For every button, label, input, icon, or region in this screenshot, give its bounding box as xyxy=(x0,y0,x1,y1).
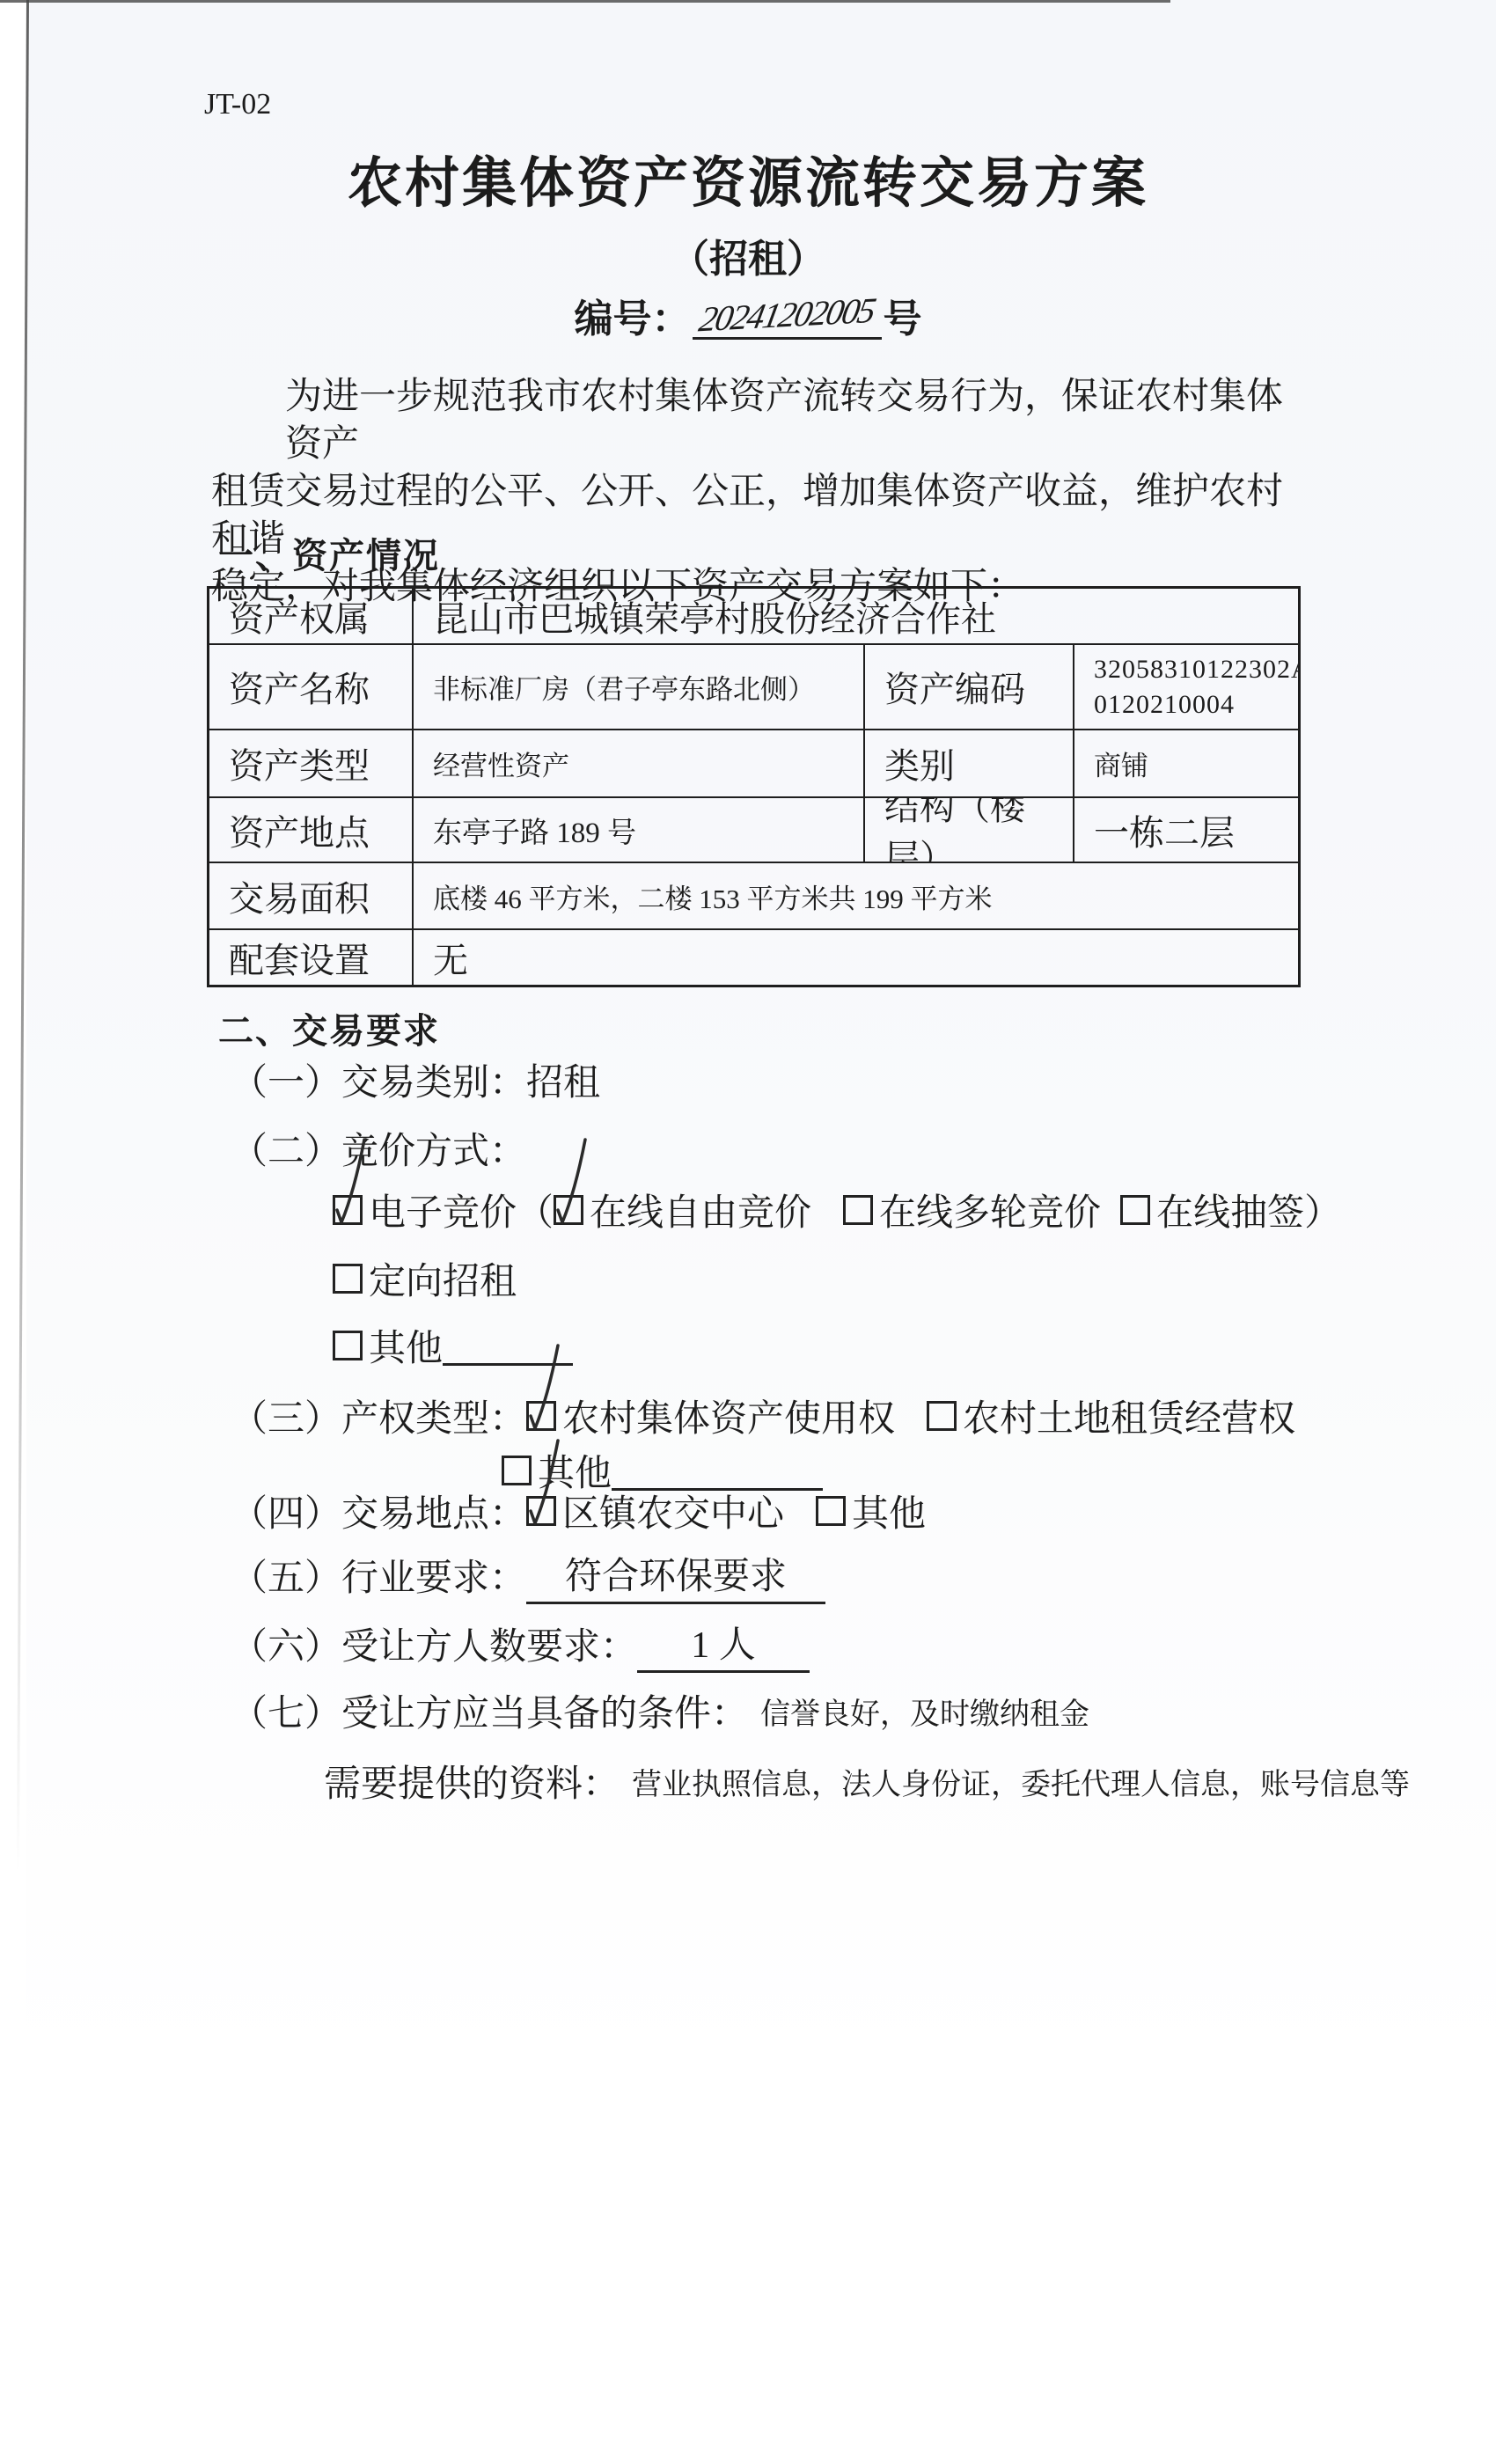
item-7-label: 受让方应当具备的条件： xyxy=(341,1684,748,1737)
document-title: 农村集体资产资源流转交易方案 xyxy=(0,139,1496,217)
scan-top-edge-line xyxy=(0,0,1170,3)
asset-code-line-2: 0120210004 xyxy=(1094,687,1298,722)
item-7-number: （七） xyxy=(231,1684,341,1737)
item-1-label: 交易类别： xyxy=(341,1053,526,1106)
serial-underline: 20241202005 xyxy=(693,291,882,340)
table-value-structure: 一栋二层 xyxy=(1074,798,1298,863)
item-1-transaction-category: （一） 交易类别： 招租 xyxy=(231,1058,600,1102)
table-value-asset-code: 32058310122302A 0120210004 xyxy=(1074,645,1298,730)
checkbox-location-other xyxy=(816,1496,846,1526)
item-6-value-underlined: 1 人 xyxy=(637,1616,810,1673)
checkbox-bidding-other xyxy=(333,1331,363,1360)
option-collective-asset-use-right-label: 农村集体资产使用权 xyxy=(562,1390,895,1442)
item-5-value-underlined: 符合环保要求 xyxy=(526,1547,825,1604)
item-2-label: 竞价方式： xyxy=(341,1122,526,1175)
item-1-number: （一） xyxy=(231,1053,341,1106)
table-value-category: 商铺 xyxy=(1074,730,1298,798)
table-label-asset-name: 资产名称 xyxy=(209,645,414,730)
required-documents-line: 需要提供的资料： 营业执照信息，法人身份证，委托代理人信息，账号信息等 xyxy=(324,1758,1410,1804)
item-4-label: 交易地点： xyxy=(341,1485,526,1537)
required-documents-value: 营业执照信息，法人身份证，委托代理人信息，账号信息等 xyxy=(632,1760,1410,1803)
section-1-heading: 一、资产情况 xyxy=(218,528,440,578)
handwritten-tick xyxy=(523,1435,561,1532)
option-online-multi-round-label: 在线多轮竞价 xyxy=(879,1184,1101,1236)
table-label-location: 资产地点 xyxy=(209,798,414,863)
paren-open: （ xyxy=(517,1184,554,1236)
serial-number-line: 编号： 20241202005 号 xyxy=(0,287,1496,343)
item-2-bidding-method: （二） 竞价方式： xyxy=(231,1126,526,1170)
serial-suffix: 号 xyxy=(884,287,922,343)
option-district-town-center-label: 区镇农交中心 xyxy=(562,1485,784,1537)
option-online-lottery-label: 在线抽签 xyxy=(1156,1184,1304,1236)
table-label-facilities: 配套设置 xyxy=(209,930,414,985)
table-label-structure: 结构（楼层） xyxy=(865,798,1074,863)
asset-info-table: 资产权属 昆山市巴城镇荣亭村股份经济合作社 资产名称 非标准厂房（君子亭东路北侧… xyxy=(207,586,1301,987)
item-5-industry-requirement: （五） 行业要求： 符合环保要求 xyxy=(231,1551,825,1600)
checkbox-online-lottery xyxy=(1120,1195,1150,1225)
table-label-area: 交易面积 xyxy=(209,863,414,930)
table-value-asset-type: 经营性资产 xyxy=(414,730,865,798)
checkbox-directed-rental xyxy=(333,1264,363,1294)
table-value-asset-name: 非标准厂房（君子亭东路北侧） xyxy=(414,645,865,730)
section-2-heading: 二、交易要求 xyxy=(218,1003,440,1053)
table-value-facilities: 无 xyxy=(414,930,1298,985)
table-label-category: 类别 xyxy=(865,730,1074,798)
item-6-transferee-count: （六） 受让方人数要求： 1 人 xyxy=(231,1619,810,1668)
option-bidding-other-label: 其他 xyxy=(369,1319,443,1372)
option-electronic-bidding-label: 电子竞价 xyxy=(369,1184,517,1236)
table-label-asset-type: 资产类型 xyxy=(209,730,414,798)
table-label-ownership: 资产权属 xyxy=(209,589,414,645)
required-documents-label: 需要提供的资料： xyxy=(324,1755,620,1808)
serial-handwritten-value: 20241202005 xyxy=(690,289,883,342)
option-directed-rental-label: 定向招租 xyxy=(369,1252,517,1305)
item-5-number: （五） xyxy=(231,1549,341,1602)
item-3-property-right-type: （三） 产权类型： 农村集体资产使用权 农村土地租赁经营权 xyxy=(231,1392,1295,1440)
item-4-transaction-location: （四） 交易地点： 区镇农交中心 其他 xyxy=(231,1487,926,1535)
paren-close: ） xyxy=(1304,1184,1341,1236)
item-7-value: 信誉良好，及时缴纳租金 xyxy=(760,1690,1089,1733)
serial-label: 编号： xyxy=(575,287,691,343)
handwritten-tick xyxy=(329,1134,368,1231)
option-location-other-label: 其他 xyxy=(852,1485,926,1537)
intro-line-1: 为进一步规范我市农村集体资产流转交易行为，保证农村集体资产 xyxy=(211,373,1302,468)
item-3-label: 产权类型： xyxy=(341,1390,526,1442)
handwritten-tick xyxy=(523,1340,561,1437)
document-subtitle: （招租） xyxy=(0,227,1496,283)
item-6-number: （六） xyxy=(231,1617,341,1670)
checkbox-online-free-bidding xyxy=(554,1195,583,1225)
option-rural-land-lease-right-label: 农村土地租赁经营权 xyxy=(963,1390,1295,1442)
table-label-asset-code: 资产编码 xyxy=(865,645,1074,730)
form-code: JT-02 xyxy=(204,88,271,121)
checkbox-electronic-bidding xyxy=(333,1195,363,1225)
item-7-transferee-conditions: （七） 受让方应当具备的条件： 信誉良好，及时缴纳租金 xyxy=(231,1688,1089,1734)
checkbox-online-multi-round xyxy=(843,1195,873,1225)
table-value-ownership: 昆山市巴城镇荣亭村股份经济合作社 xyxy=(414,589,1298,645)
checkbox-district-town-center xyxy=(526,1496,556,1526)
item-4-number: （四） xyxy=(231,1485,341,1537)
item-3-number: （三） xyxy=(231,1390,341,1442)
item-1-value: 招租 xyxy=(526,1053,600,1106)
table-value-area: 底楼 46 平方米，二楼 153 平方米共 199 平方米 xyxy=(414,863,1298,930)
item-6-label: 受让方人数要求： xyxy=(341,1617,637,1670)
table-value-location: 东亭子路 189 号 xyxy=(414,798,865,863)
bidding-options-line: 电子竞价 （ 在线自由竞价 在线多轮竞价 在线抽签 ） xyxy=(333,1186,1341,1234)
asset-code-line-1: 32058310122302A xyxy=(1094,652,1298,687)
directed-rental-line: 定向招租 xyxy=(333,1257,517,1301)
option-online-free-bidding-label: 在线自由竞价 xyxy=(590,1184,811,1236)
scanned-document-page: JT-02 农村集体资产资源流转交易方案 （招租） 编号： 2024120200… xyxy=(0,0,1496,2464)
checkbox-rural-land-lease-right xyxy=(927,1401,957,1431)
item-5-label: 行业要求： xyxy=(341,1549,526,1602)
handwritten-tick xyxy=(550,1134,589,1231)
checkbox-collective-asset-use-right xyxy=(526,1401,556,1431)
item-2-number: （二） xyxy=(231,1122,341,1175)
